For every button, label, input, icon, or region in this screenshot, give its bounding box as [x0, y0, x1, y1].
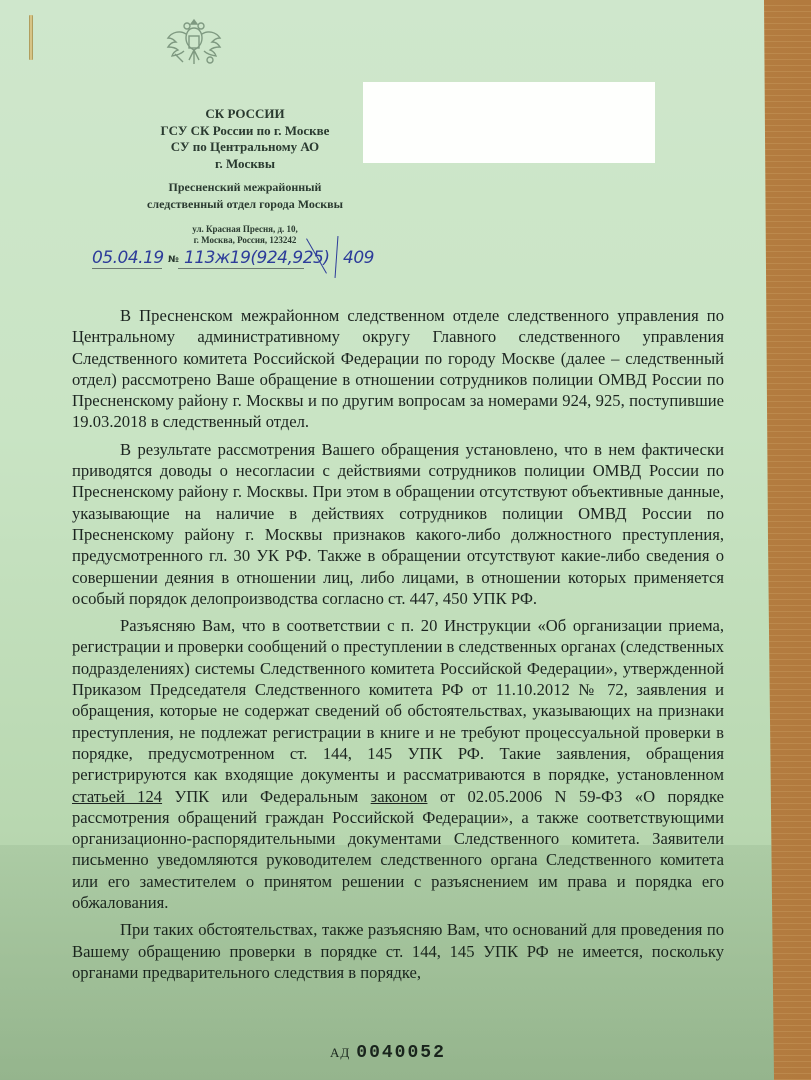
letterhead: СК РОССИИ ГСУ СК России по г. Москве СУ … [120, 106, 370, 246]
form-serial-number: АД0040052 [330, 1043, 446, 1063]
paragraph-2: В результате рассмотрения Вашего обращен… [72, 439, 724, 609]
recipient-redaction-box [363, 82, 655, 163]
letter-body: В Пресненском межрайонном следственном о… [72, 305, 724, 989]
handwritten-date: 05.04.19 [92, 248, 162, 269]
staple-icon [29, 15, 33, 60]
paragraph-4: При таких обстоятельствах, также разъясн… [72, 919, 724, 983]
russian-coat-of-arms-icon [163, 14, 225, 76]
serial-number: 0040052 [356, 1043, 446, 1063]
paragraph-3: Разъясняю Вам, что в соответствии с п. 2… [72, 615, 724, 913]
org-name-line-3: СУ по Центральному АО [120, 139, 370, 156]
letter-page: СК РОССИИ ГСУ СК России по г. Москве СУ … [0, 0, 811, 1080]
number-label: № [168, 255, 178, 265]
handwritten-reference-number: 113ж19(924,925) [178, 248, 304, 269]
paragraph-3-part-2: УПК или Федеральным [162, 787, 371, 806]
org-name-line-2: ГСУ СК России по г. Москве [120, 123, 370, 140]
paragraph-3-part-1: Разъясняю Вам, что в соответствии с п. 2… [72, 616, 724, 784]
federal-law-link: законом [371, 787, 428, 806]
org-name-line-1: СК РОССИИ [120, 106, 370, 123]
department-name: Пресненский межрайонный следственный отд… [120, 179, 370, 213]
department-line-1: Пресненский межрайонный [120, 179, 370, 196]
address-line-1: ул. Красная Пресня, д. 10, [120, 224, 370, 235]
department-line-2: следственный отдел города Москвы [120, 196, 370, 213]
serial-prefix: АД [330, 1045, 350, 1060]
org-name-line-4: г. Москвы [120, 156, 370, 173]
handwritten-outgoing-number: 409 [343, 248, 374, 268]
article-124-link: статьей 124 [72, 787, 162, 806]
address: ул. Красная Пресня, д. 10, г. Москва, Ро… [120, 224, 370, 246]
address-line-2: г. Москва, Россия, 123242 [120, 235, 370, 246]
paragraph-1: В Пресненском межрайонном следственном о… [72, 305, 724, 433]
